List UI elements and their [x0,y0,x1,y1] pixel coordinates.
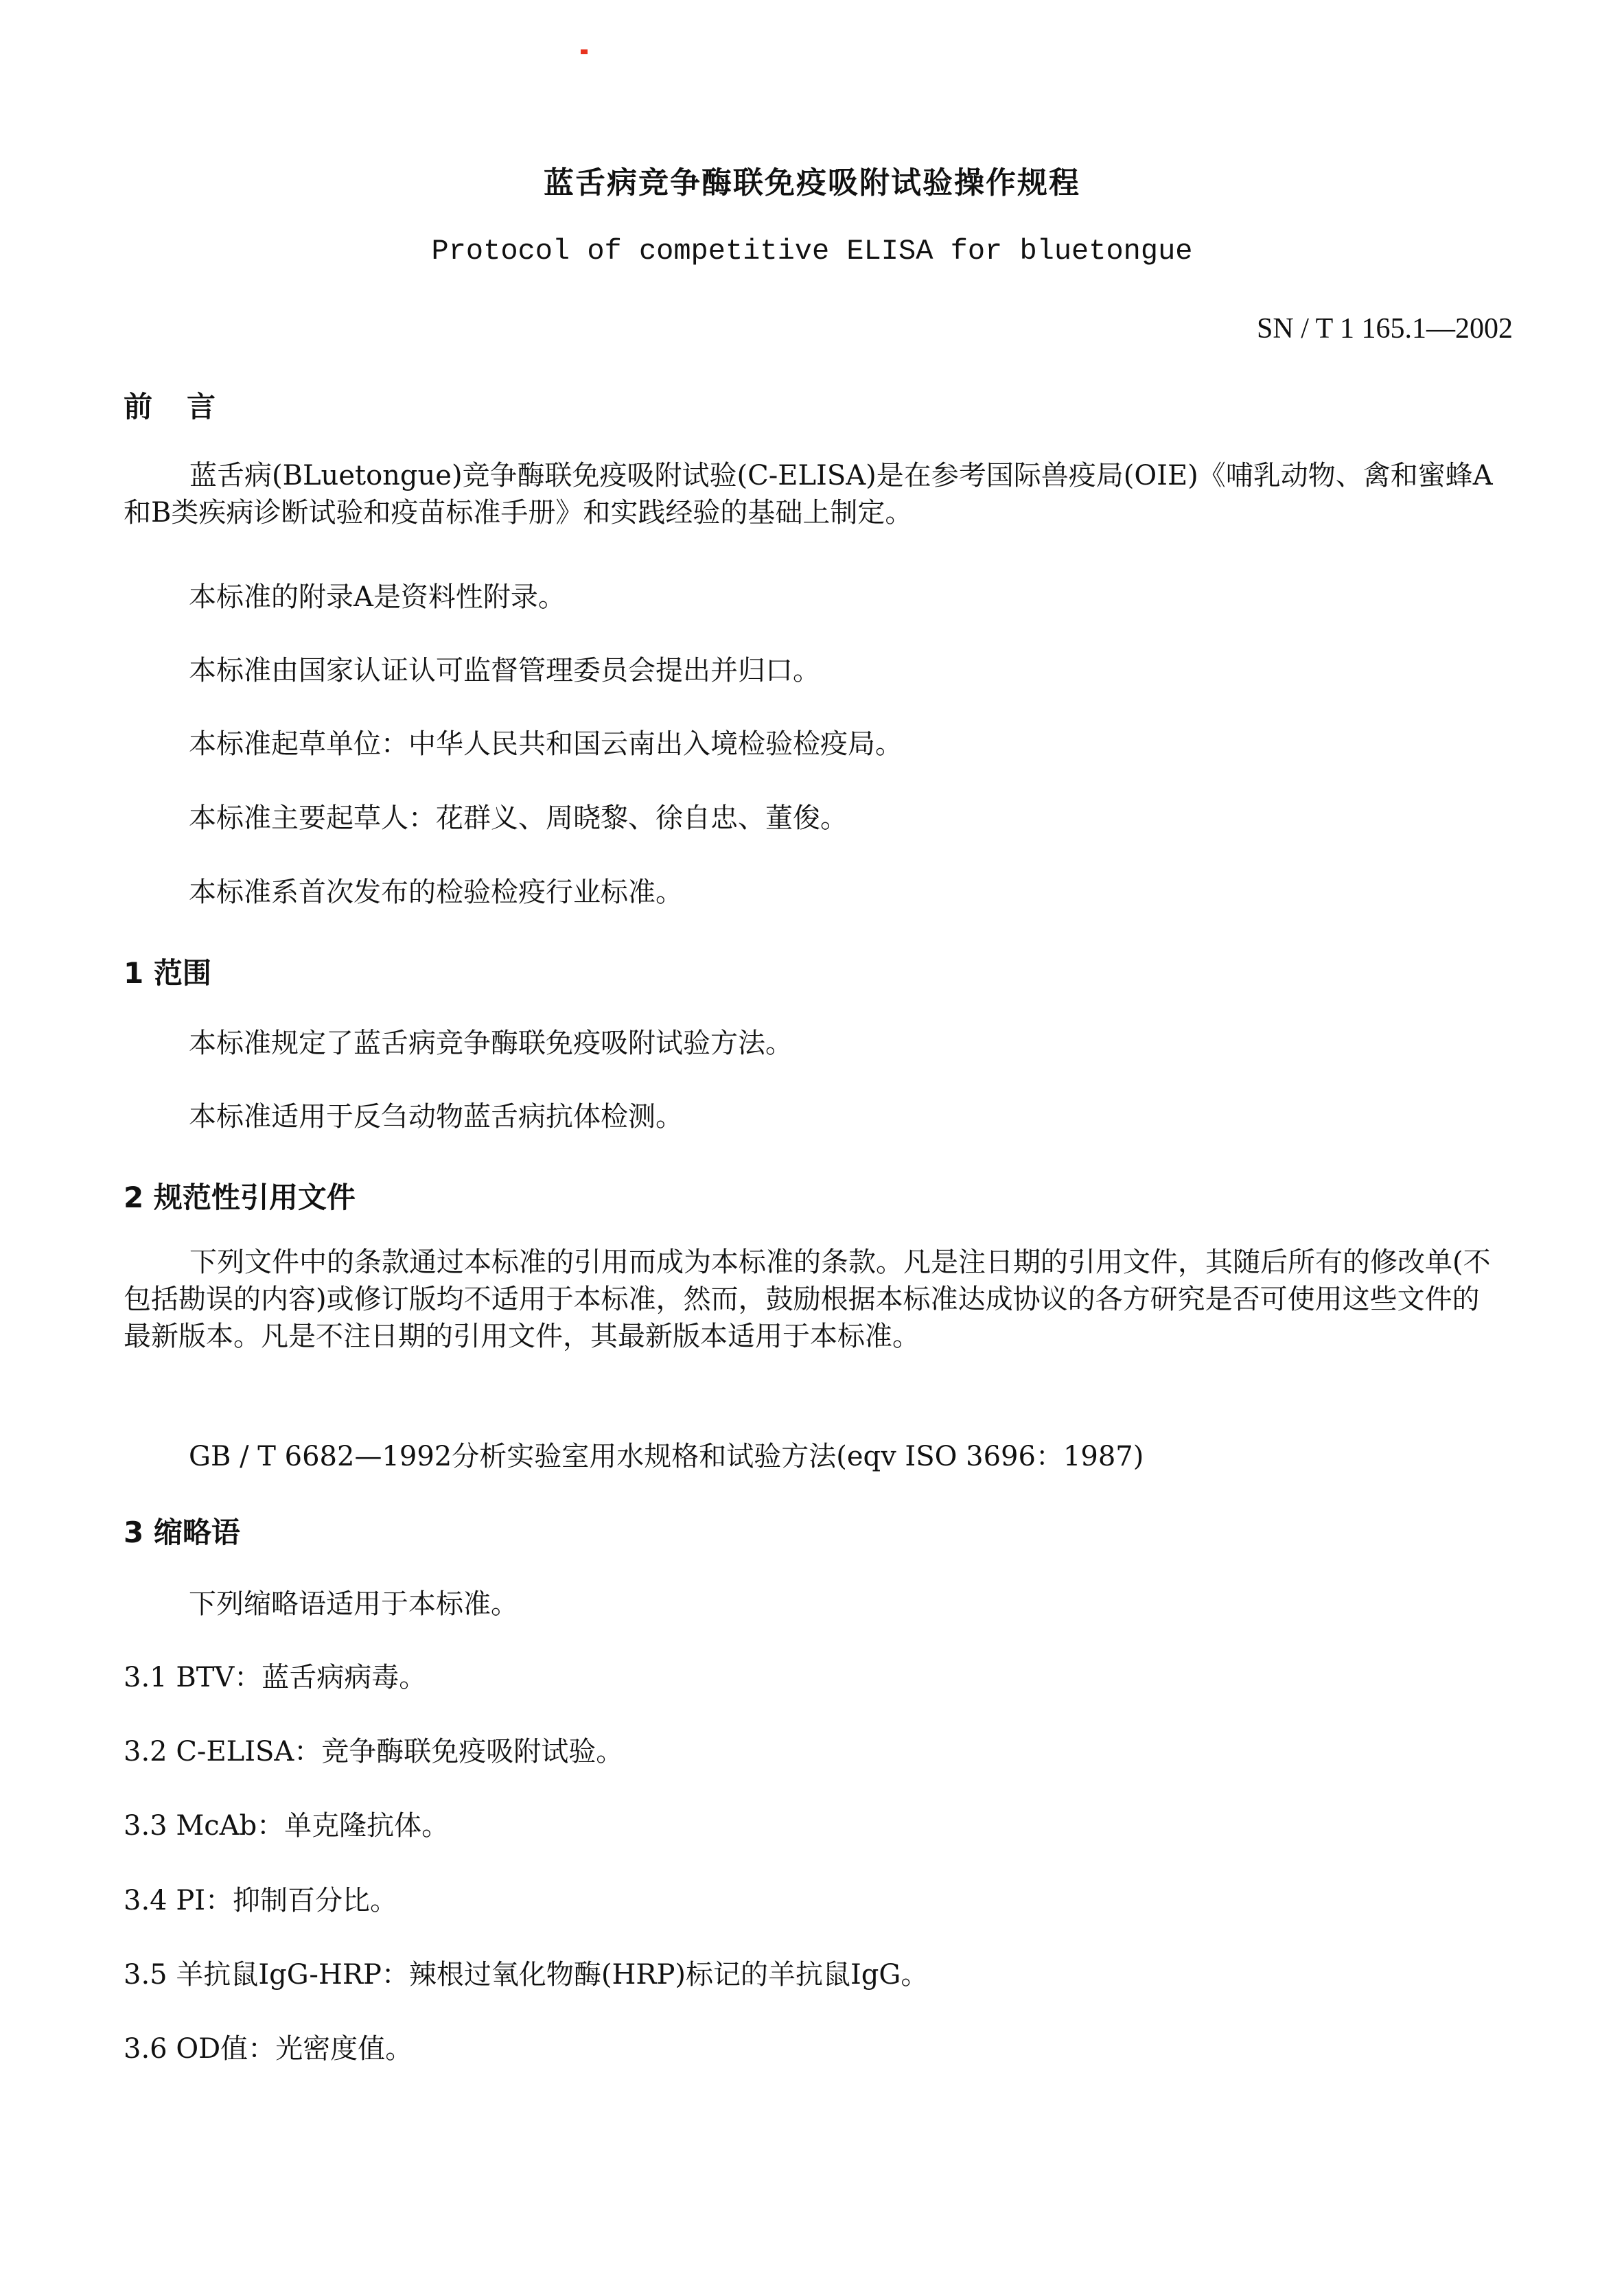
foreword-paragraph: 本标准的附录A是资料性附录。 [189,575,566,614]
section-1-heading: 1 范围 [124,951,211,992]
section-1-paragraph: 本标准适用于反刍动物蓝舌病抗体检测。 [189,1095,683,1134]
section-3-intro: 下列缩略语适用于本标准。 [189,1582,518,1621]
foreword-paragraph: 本标准由国家认证认可监督管理委员会提出并归口。 [189,649,820,688]
foreword-paragraph: 本标准系首次发布的检验检疫行业标准。 [189,870,683,909]
section-2-paragraph: 下列文件中的条款通过本标准的引用而成为本标准的条款。凡是注日期的引用文件，其随后… [124,1244,1503,1355]
section-1-paragraph: 本标准规定了蓝舌病竞争酶联免疫吸附试验方法。 [189,1021,793,1060]
scan-artifact-mark [581,49,588,54]
foreword-paragraph: 本标准起草单位：中华人民共和国云南出入境检验检疫局。 [189,722,903,761]
section-3-heading: 3 缩略语 [124,1510,240,1551]
abbreviation-item: 3.5 羊抗鼠IgG-HRP：辣根过氧化物酶(HRP)标记的羊抗鼠IgG。 [124,1953,928,1992]
abbreviation-item: 3.6 OD值：光密度值。 [124,2027,413,2066]
standard-code: SN / T 1 165.1—2002 [1257,312,1513,345]
foreword-heading: 前言 [124,384,250,426]
reference-item: GB / T 6682—1992分析实验室用水规格和试验方法(eqv ISO 3… [189,1435,1144,1474]
section-2-heading: 2 规范性引用文件 [124,1175,356,1216]
abbreviation-item: 3.1 BTV：蓝舌病病毒。 [124,1656,426,1695]
foreword-paragraph: 蓝舌病(BLuetongue)竞争酶联免疫吸附试验(C-ELISA)是在参考国际… [124,457,1503,531]
document-subtitle: Protocol of competitive ELISA for blueto… [0,235,1624,268]
foreword-paragraph: 本标准主要起草人：花群义、周晓黎、徐自忠、董俊。 [189,796,848,835]
abbreviation-item: 3.3 McAb：单克隆抗体。 [124,1804,449,1843]
document-title: 蓝舌病竞争酶联免疫吸附试验操作规程 [0,158,1624,202]
abbreviation-item: 3.2 C-ELISA：竞争酶联免疫吸附试验。 [124,1730,623,1769]
abbreviation-item: 3.4 PI：抑制百分比。 [124,1879,397,1918]
